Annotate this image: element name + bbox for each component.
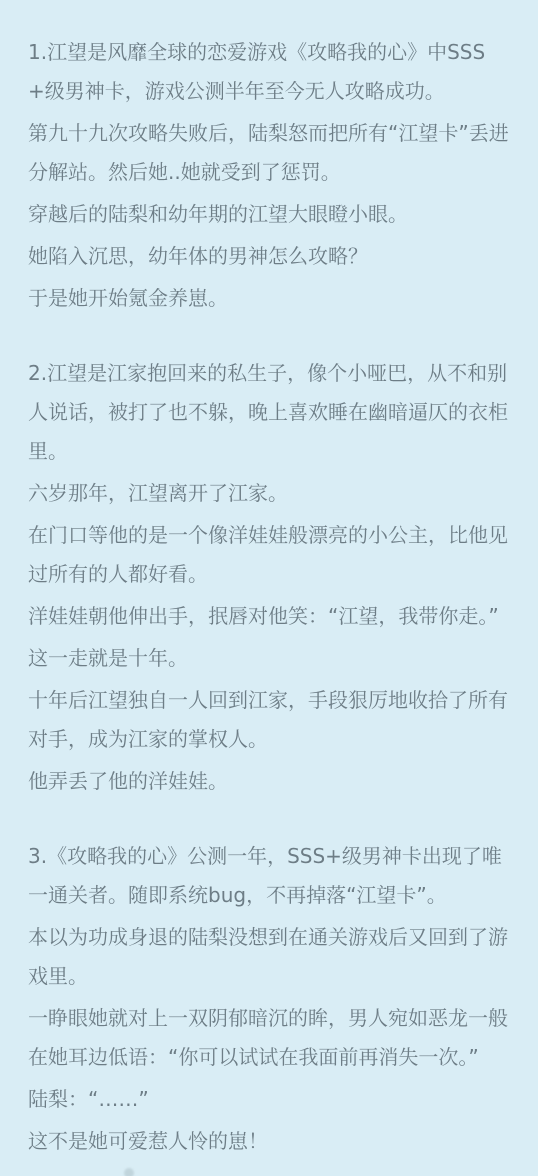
story-paragraph: 一睁眼她就对上一双阴郁暗沉的眸，男人宛如恶龙一般在她耳边低语：“你可以试试在我面… [28, 999, 512, 1077]
story-paragraph: 第九十九次攻略失败后，陆梨怒而把所有“江望卡”丢进分解站。然后她..她就受到了惩… [28, 114, 512, 192]
story-paragraph: 六岁那年，江望离开了江家。 [28, 474, 512, 513]
story-section-2: 2.江望是江家抱回来的私生子，像个小哑巴，从不和别人说话，被打了也不躲，晚上喜欢… [28, 354, 512, 801]
page-indicator-dot [124, 1168, 134, 1176]
story-paragraph: 陆梨：“……” [28, 1080, 512, 1119]
story-paragraph: 本以为功成身退的陆梨没想到在通关游戏后又回到了游戏里。 [28, 918, 512, 996]
story-paragraph: 她陷入沉思，幼年体的男神怎么攻略？ [28, 237, 512, 276]
story-paragraph: 于是她开始氪金养崽。 [28, 279, 512, 318]
story-paragraph: 2.江望是江家抱回来的私生子，像个小哑巴，从不和别人说话，被打了也不躲，晚上喜欢… [28, 354, 512, 471]
story-section-3: 3.《攻略我的心》公测一年，SSS+级男神卡出现了唯一通关者。随即系统bug，不… [28, 837, 512, 1161]
story-paragraph: 这不是她可爱惹人怜的崽！ [28, 1122, 512, 1161]
story-paragraph: 在门口等他的是一个像洋娃娃般漂亮的小公主，比他见过所有的人都好看。 [28, 516, 512, 594]
story-paragraph: 十年后江望独自一人回到江家，手段狠厉地收拾了所有对手，成为江家的掌权人。 [28, 681, 512, 759]
story-text: 1.江望是风靡全球的恋爱游戏《攻略我的心》中SSS+级男神卡，游戏公测半年至今无… [0, 0, 538, 1176]
story-paragraph: 洋娃娃朝他伸出手，抿唇对他笑：“江望，我带你走。” [28, 597, 512, 636]
story-paragraph: 3.《攻略我的心》公测一年，SSS+级男神卡出现了唯一通关者。随即系统bug，不… [28, 837, 512, 915]
story-paragraph: 穿越后的陆梨和幼年期的江望大眼瞪小眼。 [28, 195, 512, 234]
story-paragraph: 他弄丢了他的洋娃娃。 [28, 762, 512, 801]
story-section-1: 1.江望是风靡全球的恋爱游戏《攻略我的心》中SSS+级男神卡，游戏公测半年至今无… [28, 33, 512, 318]
story-paragraph: 这一走就是十年。 [28, 639, 512, 678]
story-paragraph: 1.江望是风靡全球的恋爱游戏《攻略我的心》中SSS+级男神卡，游戏公测半年至今无… [28, 33, 512, 111]
